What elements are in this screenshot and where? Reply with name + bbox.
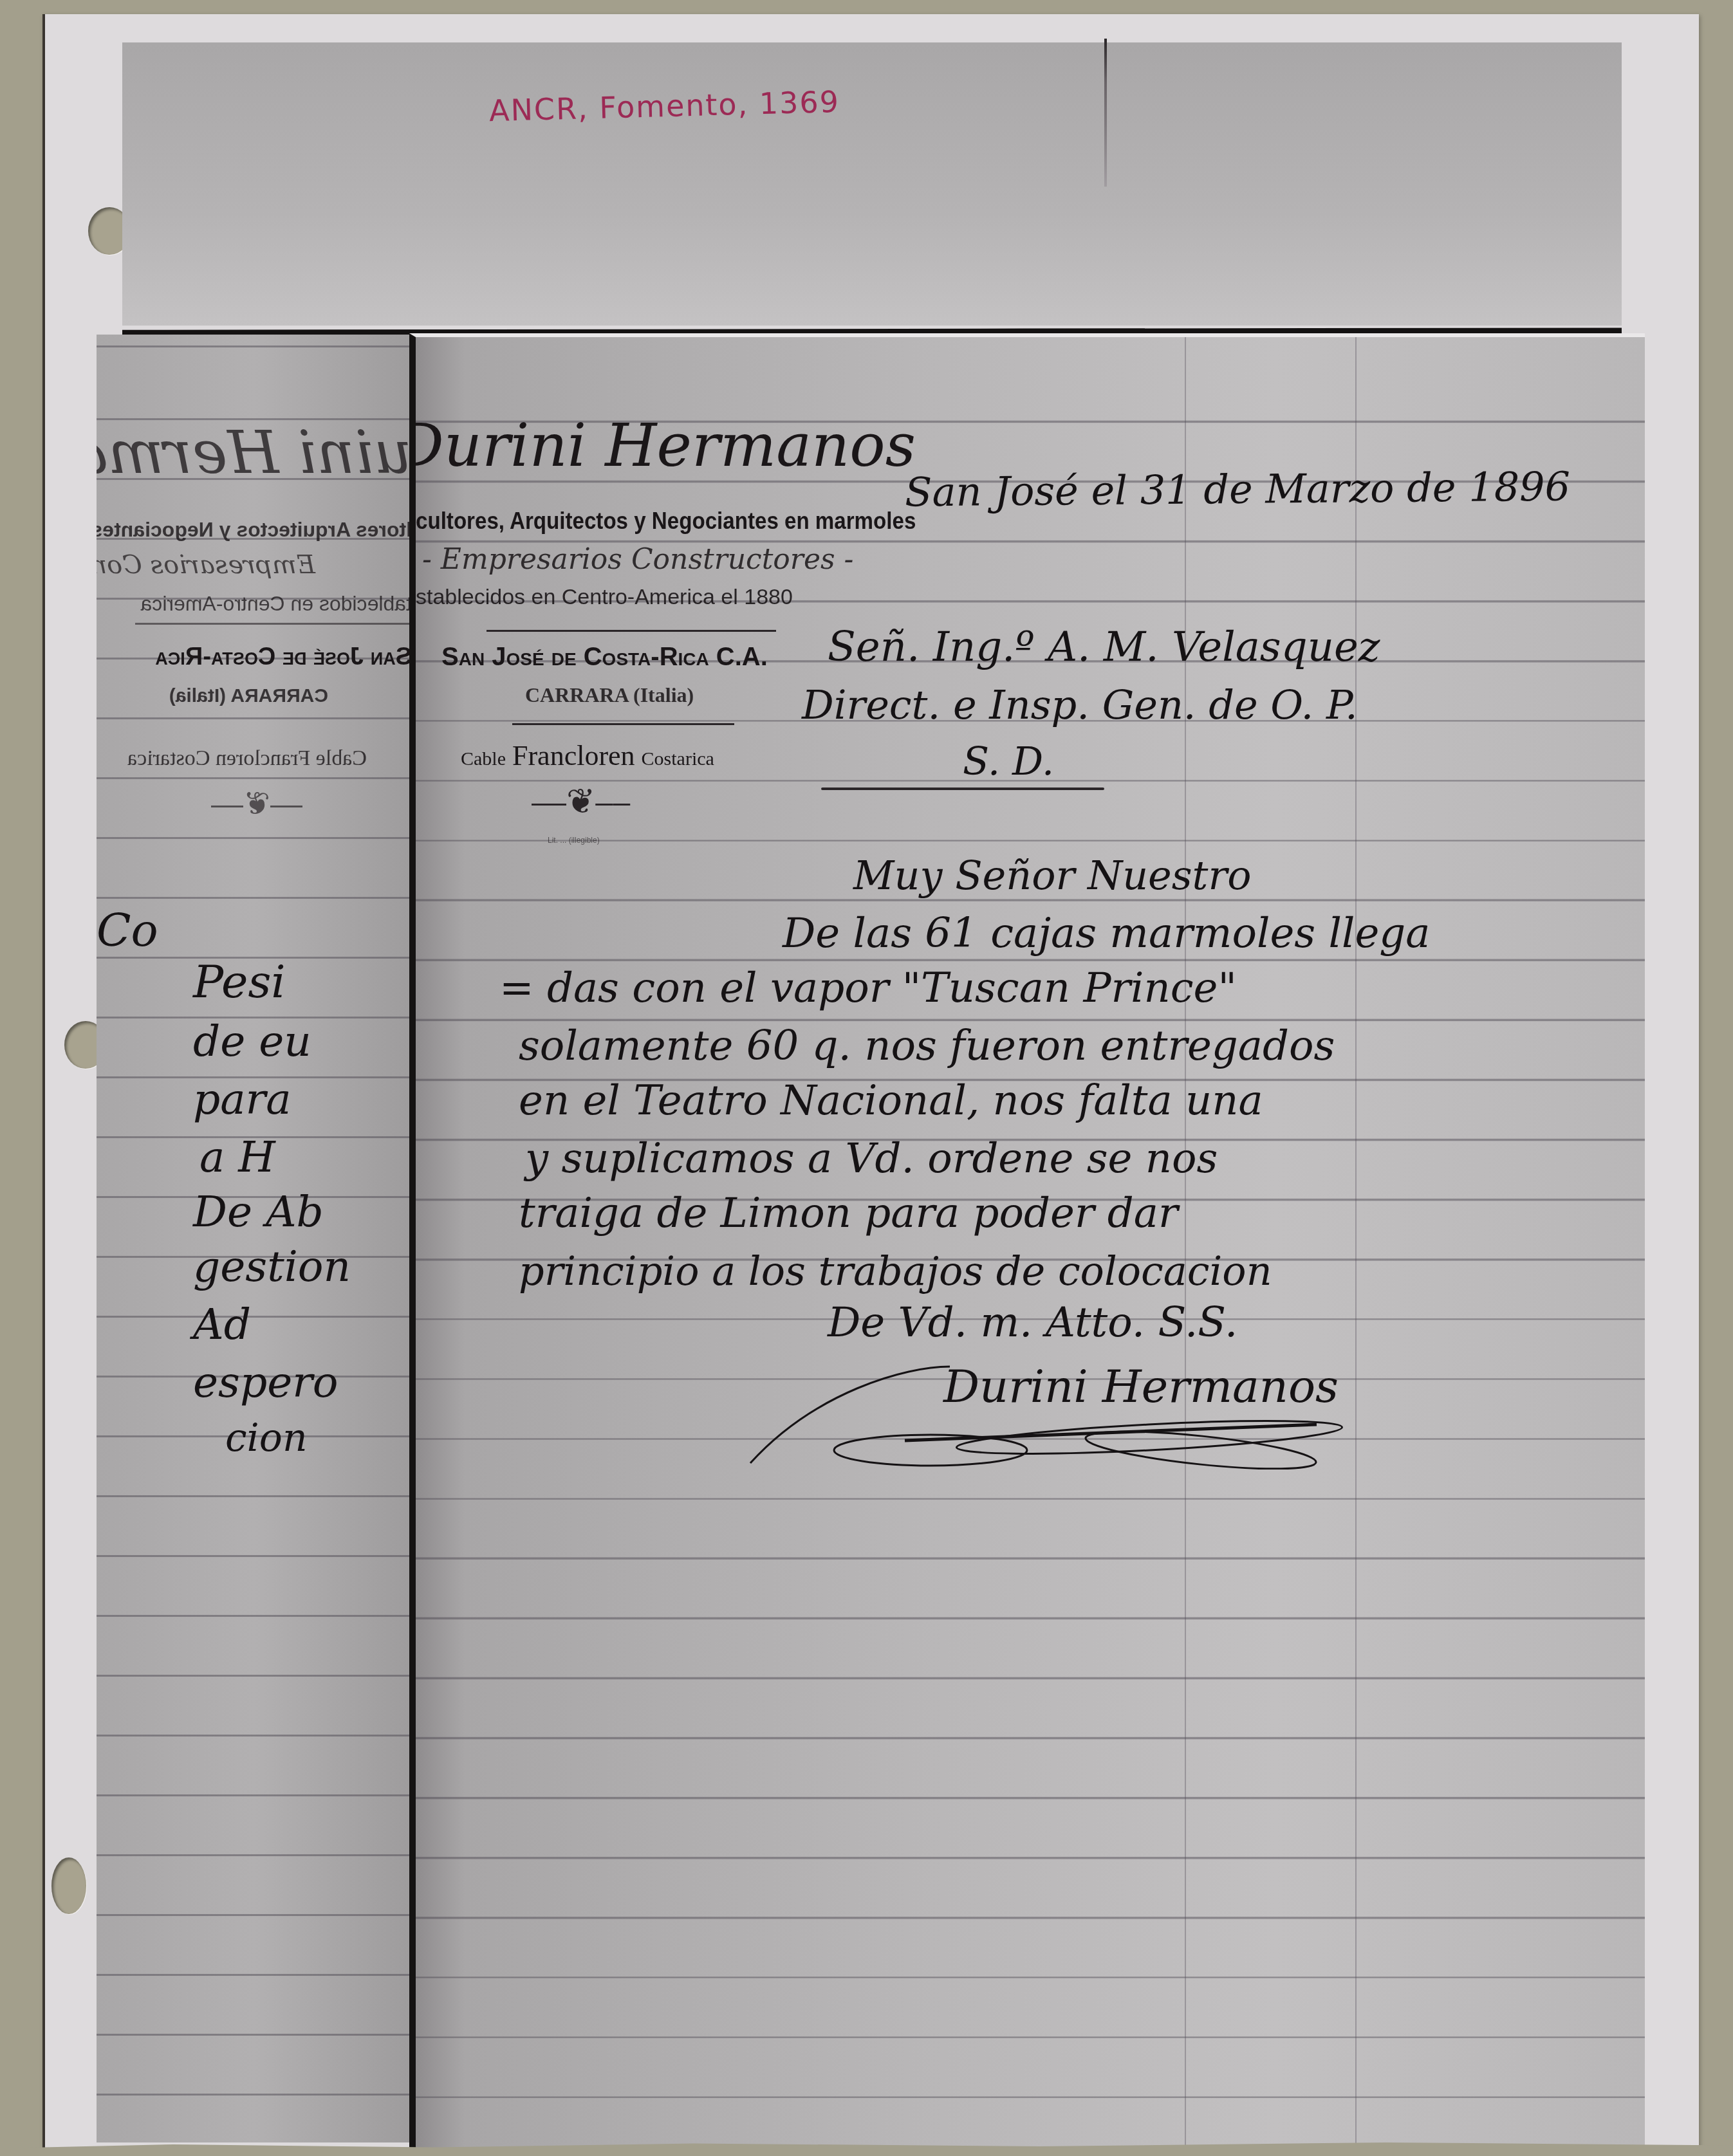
letterhead-rule-2 [512, 723, 734, 725]
mirrored-trades: ltores Arquitectos y Negociantes [97, 518, 412, 542]
addressee-underline [821, 788, 1104, 790]
mirrored-ornament-icon: ⎯⎯❦⎯⎯ [211, 785, 302, 823]
letterhead-firm-name: Durini Hermanos [409, 411, 916, 480]
date-line: San José el 31 de Marzo de 1896 [905, 463, 1571, 515]
addressee-line-3: S. D. [963, 739, 1054, 784]
photocopy-top-margin: ANCR, Fomento, 1369 [122, 42, 1622, 326]
closing: De Vd. m. Atto. S.S. [828, 1299, 1237, 1347]
cable-suffix: Costarica [642, 748, 714, 769]
letterhead-city: San José de Costa-Rica C.A. [441, 643, 768, 672]
left-handwriting-7: gestion [193, 1242, 351, 1291]
left-partial-page: uini Herma ltores Arquitectos y Negocian… [97, 335, 412, 2142]
left-handwriting-9: espero [193, 1358, 338, 1407]
ornament-flourish-icon: ⎯⎯❦⎯⎯ [532, 781, 630, 822]
left-handwriting-6: De Ab [193, 1187, 324, 1237]
letterhead-cable: Cable Francloren Costarica [461, 739, 714, 772]
left-handwriting-4: para [193, 1074, 292, 1124]
cable-prefix: Cable [461, 748, 506, 769]
left-handwriting-2: Pesi [193, 955, 286, 1008]
margin-line [1185, 337, 1186, 2156]
body-line-3: solamente 60 q. nos fueron entregados [519, 1022, 1335, 1070]
mirrored-cable: Cable Francloren Costarica [127, 746, 367, 771]
letterhead-tagline: - Empresarios Constructores - [422, 543, 853, 576]
body-line-4: en el Teatro Nacional, nos falta una [519, 1077, 1263, 1125]
body-line-7: principio a los trabajos de colocacion [519, 1248, 1272, 1295]
mirrored-firm-name: uini Herma [97, 418, 412, 487]
letter-page: Durini Hermanos cultores, Arquitectos y … [409, 333, 1645, 2156]
mirrored-city: San José de Costa-Rica [155, 643, 412, 671]
left-handwriting-1: Co [97, 904, 158, 957]
mirrored-established: tablecidos en Centro-America [140, 592, 412, 616]
letterhead-branch: CARRARA (Italia) [525, 683, 694, 707]
punch-hole-bottom [51, 1857, 86, 1914]
mirrored-branch: CARRARA (Italia) [169, 685, 328, 707]
addressee-line-1: Señ. Ing.º A. M. Velasquez [828, 623, 1380, 671]
body-line-1: De las 61 cajas marmoles llega [783, 910, 1430, 957]
left-handwriting-5: a H [199, 1132, 275, 1182]
mirrored-letterhead: uini Herma ltores Arquitectos y Negocian… [97, 335, 412, 2142]
archive-reference: ANCR, Fomento, 1369 [488, 84, 840, 128]
mirrored-tagline: Empresarios Construc [97, 550, 315, 580]
addressee-line-2: Direct. e Insp. Gen. de O. P. [802, 681, 1358, 728]
pen-tick-mark [1104, 39, 1107, 187]
left-handwriting-3: de eu [193, 1017, 311, 1066]
letterhead-rule-1 [487, 630, 776, 632]
mirrored-rule [135, 623, 412, 625]
cable-name: Francloren [512, 740, 635, 771]
signature-flourish-icon [737, 1354, 1381, 1470]
left-handwriting-8: Ad [193, 1300, 251, 1349]
body-line-5: y suplicamos a Vd. ordene se nos [525, 1135, 1218, 1183]
body-line-2: = das con el vapor "Tuscan Prince" [499, 964, 1237, 1012]
margin-line-right [1355, 337, 1357, 2156]
printer-note: Lit. ... (illegible) [548, 836, 600, 845]
letterhead-established: stablecidos en Centro-America el 1880 [416, 585, 793, 610]
salutation: Muy Señor Nuestro [853, 852, 1252, 899]
ruled-lines [416, 337, 1645, 2156]
letterhead-trades: cultores, Arquitectos y Negociantes en m… [416, 508, 916, 535]
body-line-6: traiga de Limon para poder dar [519, 1190, 1178, 1237]
left-handwriting-10: cion [225, 1415, 308, 1460]
